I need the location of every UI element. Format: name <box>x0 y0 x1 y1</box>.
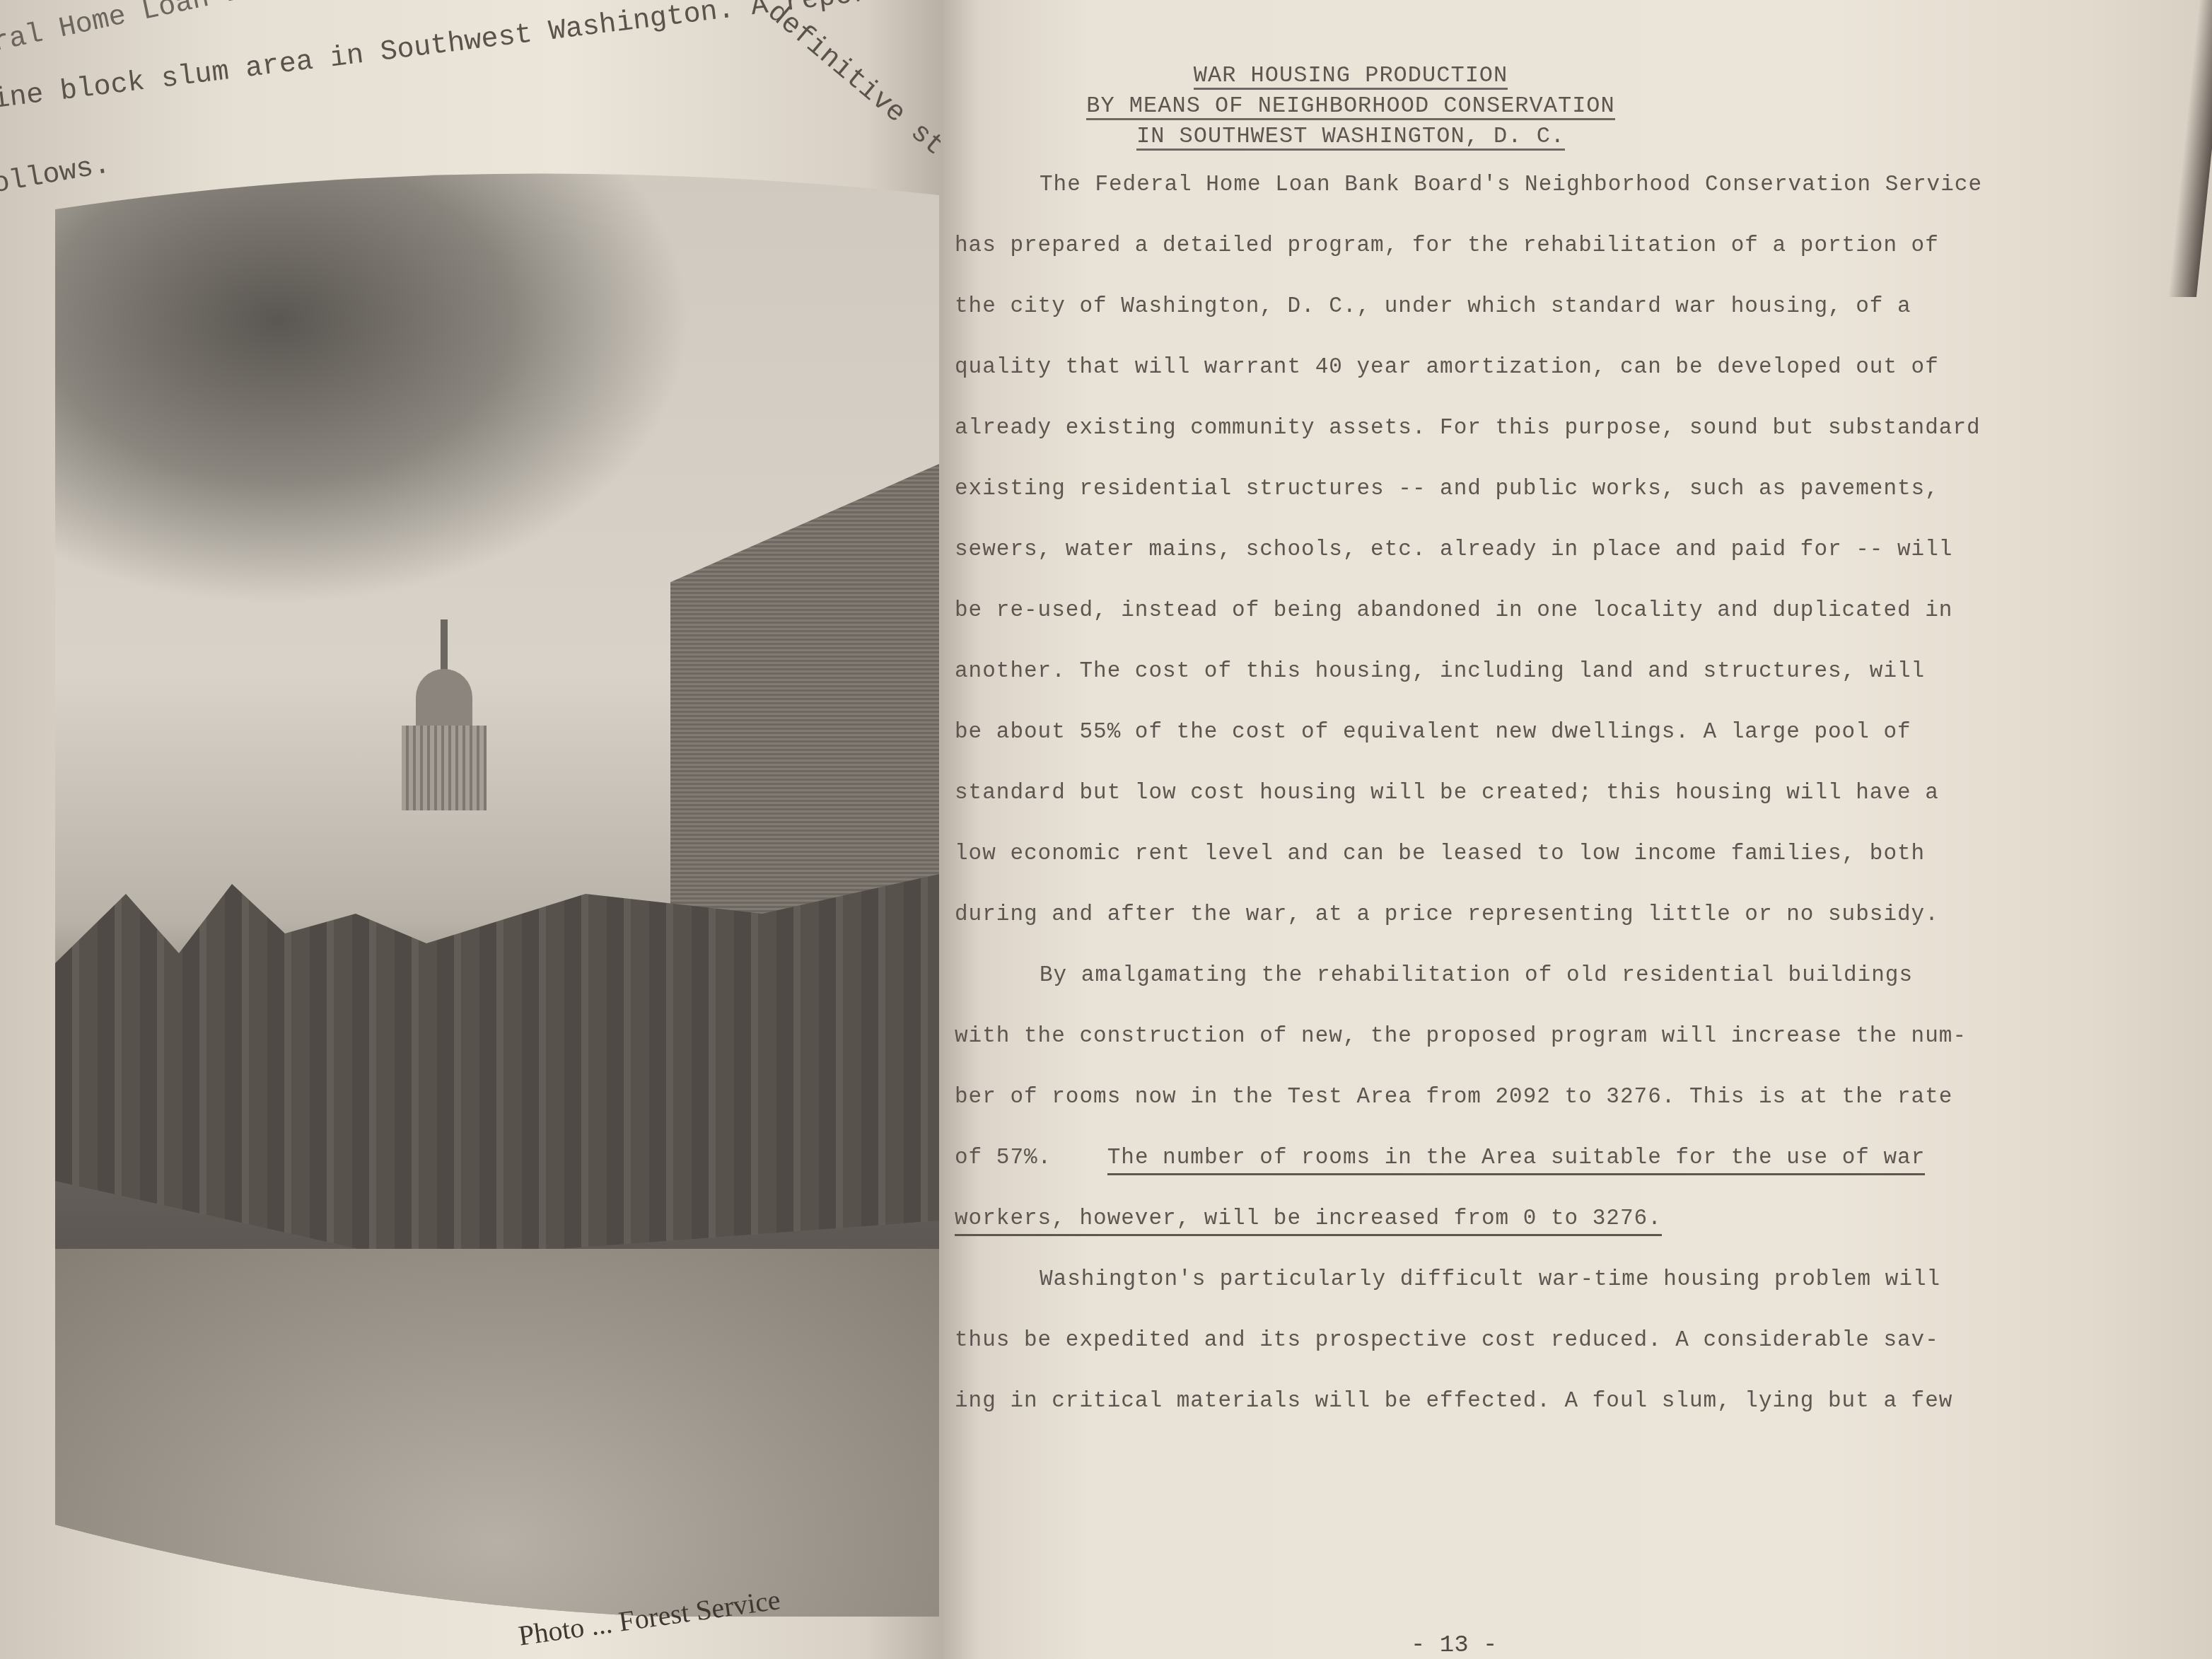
paragraph-line: existing residential structures -- and p… <box>955 459 2086 520</box>
capitol-slum-photo <box>55 167 939 1617</box>
paragraph-line: the city of Washington, D. C., under whi… <box>955 276 2086 337</box>
right-page: WAR HOUSING PRODUCTION BY MEANS OF NEIGH… <box>941 0 2212 1659</box>
underlined-emphasis: The number of rooms in the Area suitable… <box>1107 1146 1926 1175</box>
littered-ground <box>55 1249 939 1617</box>
paragraph-line: be about 55% of the cost of equivalent n… <box>955 702 2086 763</box>
paragraph-line: Washington's particularly difficult war-… <box>955 1250 2086 1310</box>
paragraph-line: has prepared a detailed program, for the… <box>955 216 2086 276</box>
title-line-3: IN SOUTHWEST WASHINGTON, D. C. <box>1136 124 1565 151</box>
paragraph-line: another. The cost of this housing, inclu… <box>955 641 2086 702</box>
underlined-emphasis: workers, however, will be increased from… <box>955 1206 1662 1236</box>
paragraph-line: workers, however, will be increased from… <box>955 1189 2086 1250</box>
paragraph-1: The Federal Home Loan Bank Board's Neigh… <box>955 155 2086 945</box>
paragraph-line: low economic rent level and can be lease… <box>955 824 2086 885</box>
left-page-text-line: ollows. <box>0 149 112 201</box>
paragraph-line: By amalgamating the rehabilitation of ol… <box>955 945 2086 1006</box>
paragraph-3: Washington's particularly difficult war-… <box>955 1250 2086 1432</box>
paragraph-line: be re-used, instead of being abandoned i… <box>955 581 2086 641</box>
paragraph-line: of 57%. The number of rooms in the Area … <box>955 1128 2086 1189</box>
document-body: WAR HOUSING PRODUCTION BY MEANS OF NEIGH… <box>955 64 2086 1432</box>
line-prefix: of 57%. <box>955 1146 1052 1170</box>
left-page: ral Home Loan Bank Bo... ine block slum … <box>0 0 941 1659</box>
paragraph-line: during and after the war, at a price rep… <box>955 885 2086 945</box>
capitol-dome <box>373 619 515 832</box>
paragraph-line: standard but low cost housing will be cr… <box>955 763 2086 824</box>
paragraph-line: ber of rooms now in the Test Area from 2… <box>955 1067 2086 1128</box>
title-line-2: BY MEANS OF NEIGHBORHOOD CONSERVATION <box>1086 94 1615 120</box>
document-title: WAR HOUSING PRODUCTION BY MEANS OF NEIGH… <box>955 64 1747 155</box>
paragraph-line: thus be expedited and its prospective co… <box>955 1310 2086 1371</box>
paragraph-2: By amalgamating the rehabilitation of ol… <box>955 945 2086 1250</box>
paragraph-line: The Federal Home Loan Bank Board's Neigh… <box>955 155 2086 216</box>
title-line-1: WAR HOUSING PRODUCTION <box>1194 64 1508 90</box>
paragraph-line: quality that will warrant 40 year amorti… <box>955 337 2086 398</box>
paragraph-line: with the construction of new, the propos… <box>955 1006 2086 1067</box>
page-edge-shadow <box>2168 0 2212 297</box>
page-number: - 13 - <box>1411 1632 1497 1659</box>
paragraph-line: sewers, water mains, schools, etc. alrea… <box>955 520 2086 581</box>
paragraph-line: already existing community assets. For t… <box>955 398 2086 459</box>
left-page-text-fragment: definitive st <box>761 0 941 163</box>
paragraph-line: ing in critical materials will be effect… <box>955 1371 2086 1432</box>
tree-foliage <box>55 167 692 605</box>
book-spread: ral Home Loan Bank Bo... ine block slum … <box>0 0 2212 1659</box>
